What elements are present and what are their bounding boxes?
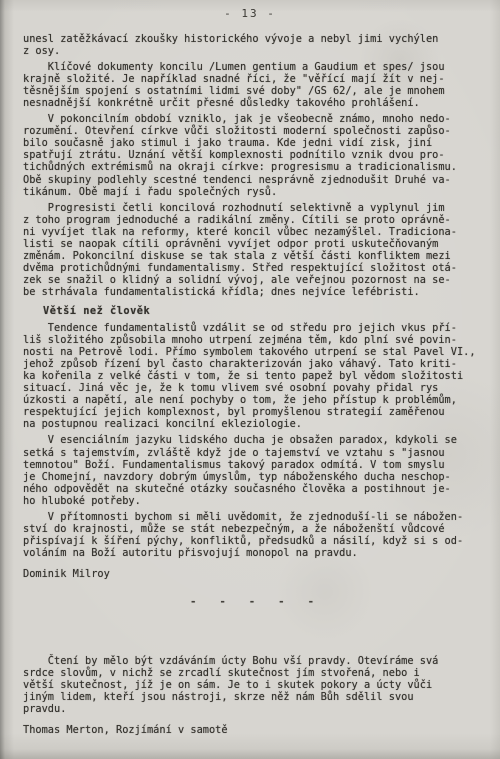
paragraph-present-warning: V přítomnosti bychom si měli uvědomit, ž… [23, 511, 486, 559]
author-signature: Dominik Milroy [23, 568, 486, 580]
section-heading: Větší než člověk [43, 305, 486, 317]
paragraph-key-documents: Klíčové dokumenty koncilu /Lumen gentium… [23, 61, 486, 109]
separator-dashes: - - - - - [23, 596, 486, 608]
text-column: unesl zatěžkávací zkoušky historického v… [23, 33, 486, 736]
quote-paragraph: Čtení by mělo být vzdáváním úcty Bohu vš… [23, 655, 486, 715]
document-page: - 13 - unesl zatěžkávací zkoušky histori… [0, 0, 500, 759]
paragraph-postconciliar-period: V pokoncilním období vzniklo, jak je vše… [23, 113, 486, 197]
paragraph-paradox: V esenciálním jazyku lidského ducha je o… [23, 434, 486, 506]
paragraph-fundamentalist-tendency: Tendence fundamentalistů vzdálit se od s… [23, 322, 486, 430]
page-number: - 13 - [0, 7, 500, 20]
quote-attribution: Thomas Merton, Rozjímání v samotě [23, 724, 486, 736]
paragraph-continuation: unesl zatěžkávací zkoušky historického v… [23, 33, 486, 57]
paragraph-progressives-traditionalists: Progresisti četli koncilová rozhodnutí s… [23, 202, 486, 298]
